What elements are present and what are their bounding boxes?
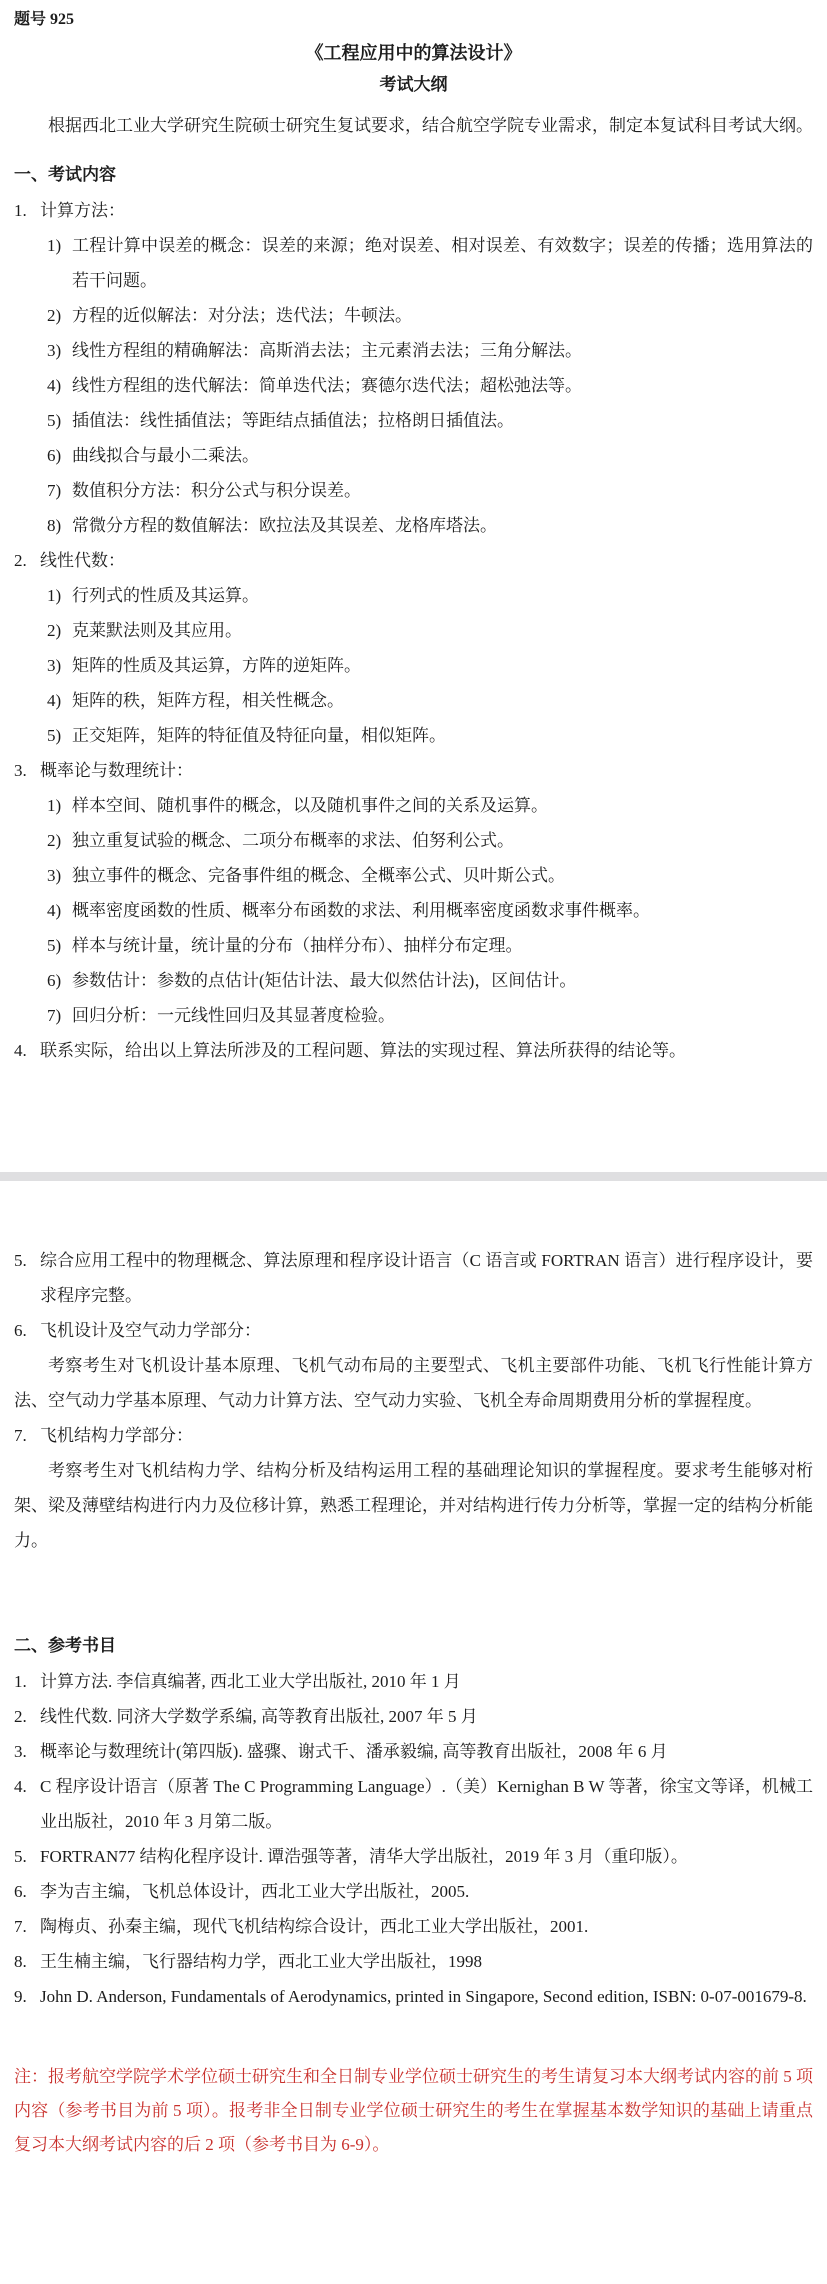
item-text: 王生楠主编，飞行器结构力学，西北工业大学出版社，1998 (40, 1952, 482, 1971)
sub-item: 8)常微分方程的数值解法：欧拉法及其误差、龙格库塔法。 (14, 508, 813, 543)
sub-item: 2)克莱默法则及其应用。 (14, 613, 813, 648)
sub-item: 6)参数估计：参数的点估计(矩估计法、最大似然估计法)，区间估计。 (14, 963, 813, 998)
item-text: 概率论与数理统计： (40, 761, 193, 780)
sub-item-text: 正交矩阵，矩阵的特征值及特征向量，相似矩阵。 (72, 726, 446, 745)
sub-item: 4)概率密度函数的性质、概率分布函数的求法、利用概率密度函数求事件概率。 (14, 893, 813, 928)
sub-item-number: 4) (47, 683, 61, 718)
exam-number: 题号 925 (14, 8, 813, 32)
page-top-whitespace (14, 1181, 813, 1243)
item-text: 飞机结构力学部分： (40, 1426, 193, 1445)
sub-item-number: 5) (47, 718, 61, 753)
sub-item: 4)矩阵的秩，矩阵方程，相关性概念。 (14, 683, 813, 718)
item-text: FORTRAN77 结构化程序设计. 谭浩强等著，清华大学出版社，2019 年 … (40, 1847, 688, 1866)
sub-item-number: 1) (47, 228, 61, 263)
item-text: 陶梅贞、孙秦主编，现代飞机结构综合设计，西北工业大学出版社，2001. (40, 1917, 588, 1936)
sub-item-number: 4) (47, 893, 61, 928)
sub-item-number: 2) (47, 613, 61, 648)
item-number: 8. (14, 1944, 27, 1979)
exam-content-item: 5.综合应用工程中的物理概念、算法原理和程序设计语言（C 语言或 FORTRAN… (14, 1243, 813, 1313)
sub-item-text: 行列式的性质及其运算。 (72, 586, 259, 605)
sub-item-text: 矩阵的秩，矩阵方程，相关性概念。 (72, 691, 344, 710)
exam-content-list-page2: 5.综合应用工程中的物理概念、算法原理和程序设计语言（C 语言或 FORTRAN… (14, 1243, 813, 1558)
exam-content-item: 7.飞机结构力学部分： (14, 1418, 813, 1453)
sub-item-text: 数值积分方法：积分公式与积分误差。 (72, 481, 361, 500)
sub-item-number: 5) (47, 928, 61, 963)
sub-item-number: 1) (47, 578, 61, 613)
sub-item-number: 3) (47, 333, 61, 368)
sub-item: 1)样本空间、随机事件的概念，以及随机事件之间的关系及运算。 (14, 788, 813, 823)
item-number: 1. (14, 1664, 27, 1699)
exam-content-item: 6.飞机设计及空气动力学部分： (14, 1313, 813, 1348)
section-heading-references: 二、参考书目 (14, 1628, 813, 1664)
sub-item-text: 回归分析：一元线性回归及其显著度检验。 (72, 1006, 395, 1025)
item-number: 2. (14, 543, 27, 578)
reference-item: 9.John D. Anderson, Fundamentals of Aero… (14, 1979, 813, 2014)
item-paragraph: 考察考生对飞机结构力学、结构分析及结构运用工程的基础理论知识的掌握程度。要求考生… (14, 1453, 813, 1558)
sub-item-text: 线性方程组的精确解法：高斯消去法；主元素消去法；三角分解法。 (72, 341, 582, 360)
item-text: 概率论与数理统计(第四版). 盛骤、谢式千、潘承毅编, 高等教育出版社，2008… (40, 1742, 668, 1761)
item-number: 3. (14, 753, 27, 788)
item-number: 7. (14, 1909, 27, 1944)
sub-item-number: 3) (47, 858, 61, 893)
sub-item-text: 矩阵的性质及其运算，方阵的逆矩阵。 (72, 656, 361, 675)
document-subtitle: 考试大纲 (14, 70, 813, 100)
item-number: 4. (14, 1033, 27, 1068)
item-text: 线性代数： (40, 551, 125, 570)
item-text: C 程序设计语言（原著 The C Programming Language）.… (40, 1777, 813, 1831)
item-number: 1. (14, 193, 27, 228)
sub-item-text: 工程计算中误差的概念：误差的来源；绝对误差、相对误差、有效数字；误差的传播；选用… (72, 236, 813, 290)
sub-item-number: 4) (47, 368, 61, 403)
sub-item-text: 线性方程组的迭代解法：简单迭代法；赛德尔迭代法；超松弛法等。 (72, 376, 582, 395)
reference-item: 8.王生楠主编，飞行器结构力学，西北工业大学出版社，1998 (14, 1944, 813, 1979)
sub-item-number: 1) (47, 788, 61, 823)
reference-item: 3.概率论与数理统计(第四版). 盛骤、谢式千、潘承毅编, 高等教育出版社，20… (14, 1734, 813, 1769)
sub-item-text: 概率密度函数的性质、概率分布函数的求法、利用概率密度函数求事件概率。 (72, 901, 650, 920)
item-number: 4. (14, 1769, 27, 1804)
item-text: 计算方法. 李信真编著, 西北工业大学出版社, 2010 年 1 月 (40, 1672, 461, 1691)
reference-item: 7.陶梅贞、孙秦主编，现代飞机结构综合设计，西北工业大学出版社，2001. (14, 1909, 813, 1944)
sub-item-text: 样本空间、随机事件的概念，以及随机事件之间的关系及运算。 (72, 796, 548, 815)
document-page: 题号 925 《工程应用中的算法设计》 考试大纲 根据西北工业大学研究生院硕士研… (0, 0, 827, 2284)
item-number: 9. (14, 1979, 27, 2014)
item-text: 计算方法： (40, 201, 125, 220)
exam-note: 注：报考航空学院学术学位硕士研究生和全日制专业学位硕士研究生的考生请复习本大纲考… (14, 2060, 813, 2162)
sub-item: 1)行列式的性质及其运算。 (14, 578, 813, 613)
sub-item: 5)样本与统计量，统计量的分布（抽样分布）、抽样分布定理。 (14, 928, 813, 963)
page-break-separator (0, 1172, 827, 1181)
sub-item: 7)数值积分方法：积分公式与积分误差。 (14, 473, 813, 508)
item-number: 6. (14, 1313, 27, 1348)
sub-item-number: 8) (47, 508, 61, 543)
reference-item: 2.线性代数. 同济大学数学系编, 高等教育出版社, 2007 年 5 月 (14, 1699, 813, 1734)
exam-content-item: 3.概率论与数理统计： (14, 753, 813, 788)
sub-item-number: 7) (47, 998, 61, 1033)
sub-item-number: 2) (47, 823, 61, 858)
item-number: 7. (14, 1418, 27, 1453)
sub-item-text: 常微分方程的数值解法：欧拉法及其误差、龙格库塔法。 (72, 516, 497, 535)
references-list: 1.计算方法. 李信真编著, 西北工业大学出版社, 2010 年 1 月2.线性… (14, 1664, 813, 2014)
item-number: 5. (14, 1243, 27, 1278)
sub-item: 3)矩阵的性质及其运算，方阵的逆矩阵。 (14, 648, 813, 683)
sub-item: 3)线性方程组的精确解法：高斯消去法；主元素消去法；三角分解法。 (14, 333, 813, 368)
section-spacer (14, 1558, 813, 1614)
sub-item-number: 7) (47, 473, 61, 508)
sub-item-number: 3) (47, 648, 61, 683)
item-paragraph: 考察考生对飞机设计基本原理、飞机气动布局的主要型式、飞机主要部件功能、飞机飞行性… (14, 1348, 813, 1418)
item-text: 综合应用工程中的物理概念、算法原理和程序设计语言（C 语言或 FORTRAN 语… (40, 1251, 813, 1305)
sub-item-text: 独立重复试验的概念、二项分布概率的求法、伯努利公式。 (72, 831, 514, 850)
sub-item-number: 2) (47, 298, 61, 333)
sub-item-number: 5) (47, 403, 61, 438)
sub-item: 3)独立事件的概念、完备事件组的概念、全概率公式、贝叶斯公式。 (14, 858, 813, 893)
document-title: 《工程应用中的算法设计》 (14, 38, 813, 68)
item-number: 5. (14, 1839, 27, 1874)
item-text: 联系实际，给出以上算法所涉及的工程问题、算法的实现过程、算法所获得的结论等。 (40, 1041, 686, 1060)
exam-content-item: 2.线性代数： (14, 543, 813, 578)
sub-item-text: 独立事件的概念、完备事件组的概念、全概率公式、贝叶斯公式。 (72, 866, 565, 885)
sub-item: 4)线性方程组的迭代解法：简单迭代法；赛德尔迭代法；超松弛法等。 (14, 368, 813, 403)
sub-item: 5)正交矩阵，矩阵的特征值及特征向量，相似矩阵。 (14, 718, 813, 753)
sub-item-number: 6) (47, 963, 61, 998)
reference-item: 6.李为吉主编，飞机总体设计，西北工业大学出版社，2005. (14, 1874, 813, 1909)
sub-item-text: 克莱默法则及其应用。 (72, 621, 242, 640)
sub-item-number: 6) (47, 438, 61, 473)
exam-content-list-page1: 1.计算方法：1)工程计算中误差的概念：误差的来源；绝对误差、相对误差、有效数字… (14, 193, 813, 1068)
intro-paragraph: 根据西北工业大学研究生院硕士研究生复试要求，结合航空学院专业需求，制定本复试科目… (14, 108, 813, 143)
sub-item-text: 样本与统计量，统计量的分布（抽样分布）、抽样分布定理。 (72, 936, 523, 955)
sub-item: 1)工程计算中误差的概念：误差的来源；绝对误差、相对误差、有效数字；误差的传播；… (14, 228, 813, 298)
sub-item: 6)曲线拟合与最小二乘法。 (14, 438, 813, 473)
reference-item: 4.C 程序设计语言（原著 The C Programming Language… (14, 1769, 813, 1839)
reference-item: 5.FORTRAN77 结构化程序设计. 谭浩强等著，清华大学出版社，2019 … (14, 1839, 813, 1874)
section-heading-exam-content: 一、考试内容 (14, 157, 813, 193)
reference-item: 1.计算方法. 李信真编著, 西北工业大学出版社, 2010 年 1 月 (14, 1664, 813, 1699)
item-text: 飞机设计及空气动力学部分： (40, 1321, 261, 1340)
sub-item: 2)独立重复试验的概念、二项分布概率的求法、伯努利公式。 (14, 823, 813, 858)
sub-item-text: 曲线拟合与最小二乘法。 (72, 446, 259, 465)
sub-item: 7)回归分析：一元线性回归及其显著度检验。 (14, 998, 813, 1033)
item-text: John D. Anderson, Fundamentals of Aerody… (40, 1987, 807, 2006)
item-number: 2. (14, 1699, 27, 1734)
sub-item: 2)方程的近似解法：对分法；迭代法；牛顿法。 (14, 298, 813, 333)
sub-item-text: 插值法：线性插值法；等距结点插值法；拉格朗日插值法。 (72, 411, 514, 430)
exam-content-item: 1.计算方法： (14, 193, 813, 228)
sub-item-text: 参数估计：参数的点估计(矩估计法、最大似然估计法)，区间估计。 (72, 971, 576, 990)
item-text: 李为吉主编，飞机总体设计，西北工业大学出版社，2005. (40, 1882, 469, 1901)
exam-content-item: 4.联系实际，给出以上算法所涉及的工程问题、算法的实现过程、算法所获得的结论等。 (14, 1033, 813, 1068)
item-number: 3. (14, 1734, 27, 1769)
sub-item: 5)插值法：线性插值法；等距结点插值法；拉格朗日插值法。 (14, 403, 813, 438)
page-bottom-whitespace (14, 1068, 813, 1172)
sub-item-text: 方程的近似解法：对分法；迭代法；牛顿法。 (72, 306, 412, 325)
item-number: 6. (14, 1874, 27, 1909)
item-text: 线性代数. 同济大学数学系编, 高等教育出版社, 2007 年 5 月 (40, 1707, 478, 1726)
